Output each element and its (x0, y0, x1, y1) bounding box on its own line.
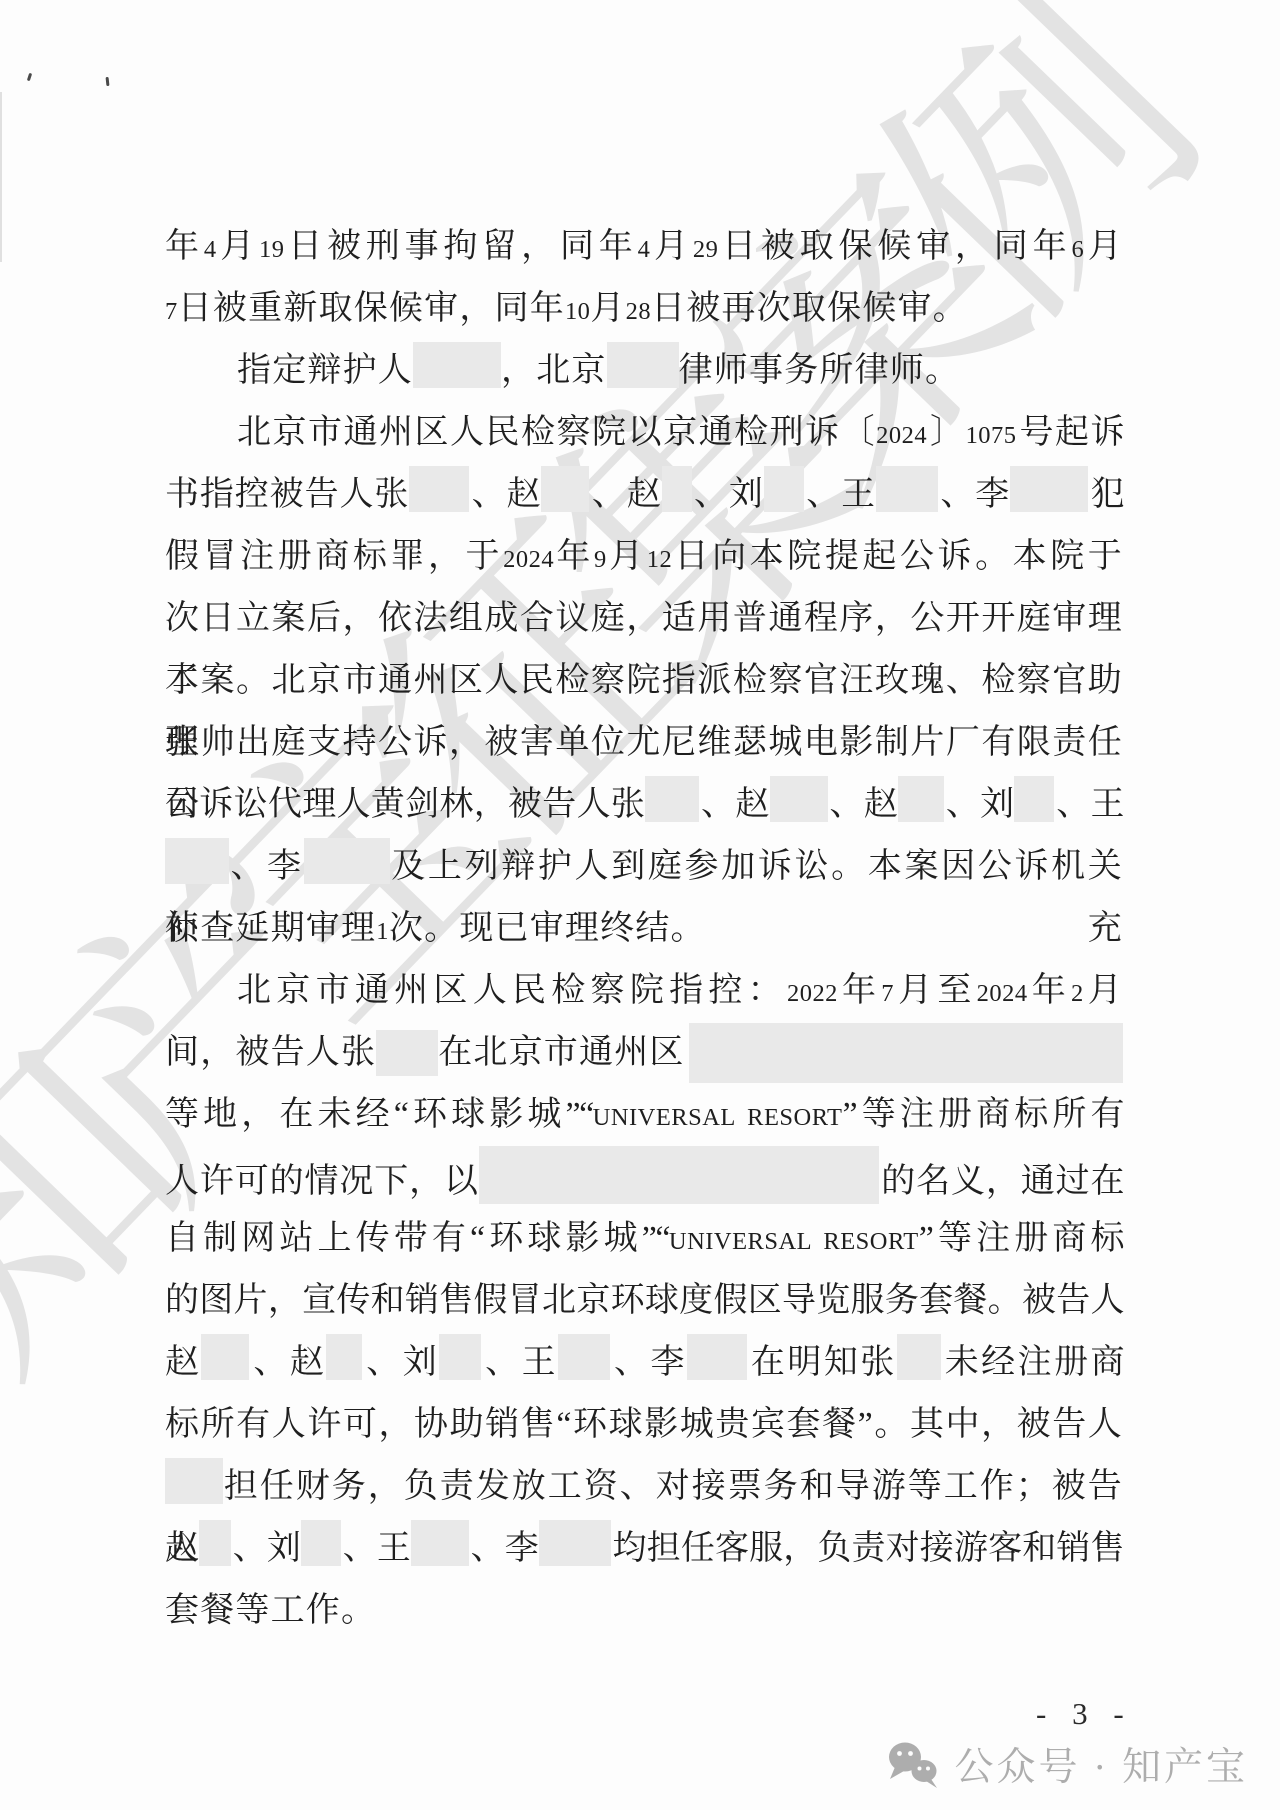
text-segment: 28 (626, 298, 651, 325)
text-segment: 日被刑事拘留，同年 (285, 228, 638, 265)
text-segment: 月至 (894, 972, 977, 1009)
document-line: 指定辩护人，北京律师事务所律师。 (165, 340, 1123, 402)
redaction-box (607, 342, 679, 388)
text-segment: 4 (638, 236, 651, 263)
text-segment: 2024 (876, 422, 927, 449)
text-segment: 、王 (481, 1344, 558, 1381)
text-segment: 1 (376, 918, 389, 945)
text-segment: 自制网站上传带有“环球影城”“ (165, 1220, 669, 1257)
footer-brand: 公众号 · 知产宝 (885, 1736, 1249, 1792)
text-segment: 29 (693, 236, 718, 263)
text-segment: 律师事务所律师。 (679, 352, 961, 389)
document-line: 等地，在未经“环球影城”“UNIVERSAL RESORT”等注册商标所有 (165, 1084, 1123, 1146)
document-line: 张帅出庭支持公诉，被害单位尤尼维瑟城电影制片厂有限责任公 (165, 712, 1123, 774)
text-segment: 、李 (229, 848, 304, 885)
text-segment: UNIVERSAL RESORT (669, 1228, 919, 1255)
text-segment: 月 (650, 228, 692, 265)
document-line: 假冒注册商标罪，于2024年9月12日向本院提起公诉。本院于 (165, 526, 1123, 588)
text-segment: 月 (1084, 228, 1123, 265)
text-segment: 、李 (610, 1344, 687, 1381)
scanned-court-document-page: { "page": { "number_label": "- 3 -", "ba… (0, 0, 1280, 1810)
text-segment: 10 (565, 298, 590, 325)
redaction-box (645, 776, 699, 822)
text-segment: 2 (1071, 980, 1084, 1007)
text-segment: 、刘 (362, 1344, 439, 1381)
text-segment: 套餐等工作。 (165, 1592, 376, 1629)
text-segment: 、赵 (249, 1344, 326, 1381)
redaction-box (165, 838, 229, 884)
document-line: 年4月19日被刑事拘留，同年4月29日被取保候审，同年6月 (165, 216, 1123, 278)
document-line: 北京市通州区人民检察院指控：2022年7月至2024年2月 (165, 960, 1123, 1022)
document-line: 赵、刘、王、李均担任客服，负责对接游客和销售 (165, 1518, 1123, 1580)
text-segment: 犯 (1088, 476, 1123, 513)
text-segment: 假冒注册商标罪，于 (165, 538, 503, 575)
text-segment: 侦查延期审理 (165, 910, 376, 947)
text-segment: 2024 (977, 980, 1028, 1007)
text-segment: 的名义，通过在 (879, 1163, 1123, 1200)
text-segment: 12 (647, 546, 672, 573)
text-segment: 1075 (966, 422, 1017, 449)
redaction-box (411, 1520, 469, 1566)
text-segment: 、李 (938, 476, 1010, 513)
text-segment: 北京市通州区人民检察院指控： (237, 972, 787, 1009)
text-segment: 均担任客服，负责对接游客和销售 (611, 1530, 1123, 1567)
text-segment: 2022 (787, 980, 838, 1007)
text-segment: 司诉讼代理人黄剑林，被告人张 (165, 786, 645, 823)
redaction-box (201, 1334, 249, 1380)
redaction-box (376, 1030, 438, 1076)
redaction-box (409, 466, 469, 512)
text-segment: 2024 (503, 546, 554, 573)
text-segment: 19 (259, 236, 284, 263)
text-segment: 、刘 (231, 1530, 301, 1567)
document-line: 间，被告人张在北京市通州区 (165, 1022, 1123, 1084)
text-segment: 9 (594, 546, 607, 573)
redaction-box (439, 1334, 481, 1380)
text-segment: 等地，在未经“环球影城”“ (165, 1096, 593, 1133)
text-segment: 书指控被告人张 (165, 476, 409, 513)
text-segment: 日被取保候审，同年 (718, 228, 1071, 265)
text-segment: 月 (590, 290, 625, 327)
text-segment: 4 (204, 236, 217, 263)
text-segment: 次。现已审理终结。 (389, 910, 706, 947)
redaction-box (326, 1334, 362, 1380)
text-segment: 在明知张 (747, 1344, 897, 1381)
text-segment: 的图片，宣传和销售假冒北京环球度假区导览服务套餐。被告人 (165, 1282, 1123, 1319)
text-segment: 指定辩护人 (237, 352, 413, 389)
document-line: 7日被重新取保候审，同年10月28日被再次取保候审。 (165, 278, 1123, 340)
text-segment: 7 (165, 298, 178, 325)
document-line: 自制网站上传带有“环球影城”“UNIVERSAL RESORT”等注册商标 (165, 1208, 1123, 1270)
scan-edge-line (0, 92, 2, 262)
redaction-box (764, 466, 804, 512)
scan-speck (106, 77, 110, 86)
document-line: 标所有人许可，协助销售“环球影城贵宾套餐”。其中，被告人赵 (165, 1394, 1123, 1456)
scan-speck (27, 73, 32, 82)
text-segment: 赵 (165, 1530, 199, 1567)
redaction-box (687, 1334, 747, 1380)
text-segment: 、李 (469, 1530, 539, 1567)
document-line: 人许可的情况下，以的名义，通过在 (165, 1146, 1123, 1208)
text-segment: 、赵 (589, 476, 661, 513)
text-segment: 、赵 (469, 476, 541, 513)
text-segment: 、王 (804, 476, 876, 513)
text-segment: 、赵 (699, 786, 769, 823)
text-segment: 在北京市通州区 (438, 1022, 684, 1084)
text-segment: 年 (1028, 972, 1071, 1009)
redaction-box (539, 1520, 611, 1566)
redaction-box (662, 466, 692, 512)
text-segment: 〕 (927, 414, 966, 451)
text-segment: ，北京 (501, 352, 607, 389)
text-segment: 赵 (165, 1344, 201, 1381)
text-segment: 、刘 (692, 476, 764, 513)
wechat-icon (885, 1739, 941, 1789)
document-line: 赵、赵、刘、王、李在明知张未经注册商 (165, 1332, 1123, 1394)
redaction-box (898, 776, 944, 822)
page-number: - 3 - (1036, 1696, 1132, 1732)
text-segment: 日被再次取保候审。 (651, 290, 968, 327)
text-segment: 6 (1071, 236, 1084, 263)
redaction-box (770, 776, 828, 822)
document-line: 套餐等工作。 (165, 1580, 1123, 1642)
document-line: 北京市通州区人民检察院以京通检刑诉〔2024〕1075号起诉 (165, 402, 1123, 464)
redaction-box (413, 342, 501, 388)
text-segment: UNIVERSAL RESORT (593, 1104, 843, 1131)
document-line: 的图片，宣传和销售假冒北京环球度假区导览服务套餐。被告人 (165, 1270, 1123, 1332)
document-line: 司诉讼代理人黄剑林，被告人张、赵、赵、刘、王 (165, 774, 1123, 836)
text-segment: 号起诉 (1017, 414, 1124, 451)
text-segment: 间，被告人张 (165, 1022, 376, 1084)
redaction-box (689, 1023, 1123, 1083)
document-line: 担任财务，负责发放工资、对接票务和导游等工作；被告人 (165, 1456, 1123, 1518)
footer-brand-label: 公众号 · 知产宝 (955, 1736, 1249, 1792)
redaction-box (199, 1520, 231, 1566)
document-line: 次日立案后，依法组成合议庭，适用普通程序，公开开庭审理了 (165, 588, 1123, 650)
text-segment: 月 (217, 228, 259, 265)
redaction-box (1010, 466, 1088, 512)
text-segment: 日向本院提起公诉。本院于 (672, 538, 1123, 575)
redaction-box (558, 1334, 610, 1380)
redaction-box (876, 466, 938, 512)
document-body: 年4月19日被刑事拘留，同年4月29日被取保候审，同年6月7日被重新取保候审，同… (165, 216, 1123, 1642)
text-segment: 年 (165, 228, 204, 265)
text-segment: 、王 (341, 1530, 411, 1567)
text-segment: 月 (1084, 972, 1123, 1009)
text-segment: 、刘 (944, 786, 1014, 823)
redaction-box (479, 1146, 879, 1204)
text-segment: 日被重新取保候审，同年 (178, 290, 565, 327)
redaction-box (165, 1458, 223, 1504)
redaction-box (304, 838, 390, 884)
text-segment: 、王 (1054, 786, 1123, 823)
redaction-box (541, 466, 589, 512)
text-segment: 月 (607, 538, 647, 575)
redaction-box (897, 1334, 941, 1380)
document-line: 书指控被告人张、赵、赵、刘、王、李犯 (165, 464, 1123, 526)
text-segment: 年 (554, 538, 594, 575)
redaction-box (1014, 776, 1054, 822)
text-segment: 7 (881, 980, 894, 1007)
document-line: 、李及上列辩护人到庭参加诉讼。本案因公诉机关补充 (165, 836, 1123, 898)
text-segment: ”等注册商标 (919, 1220, 1123, 1257)
text-segment: 北京市通州区人民检察院以京通检刑诉〔 (237, 414, 876, 451)
text-segment: 人许可的情况下，以 (165, 1163, 479, 1200)
document-line: 本案。北京市通州区人民检察院指派检察官汪玫瑰、检察官助理 (165, 650, 1123, 712)
redaction-box (301, 1520, 341, 1566)
text-segment: 、赵 (828, 786, 898, 823)
text-segment: 年 (838, 972, 881, 1009)
text-segment: 未经注册商 (941, 1344, 1123, 1381)
text-segment: ”等注册商标所有 (843, 1096, 1123, 1133)
